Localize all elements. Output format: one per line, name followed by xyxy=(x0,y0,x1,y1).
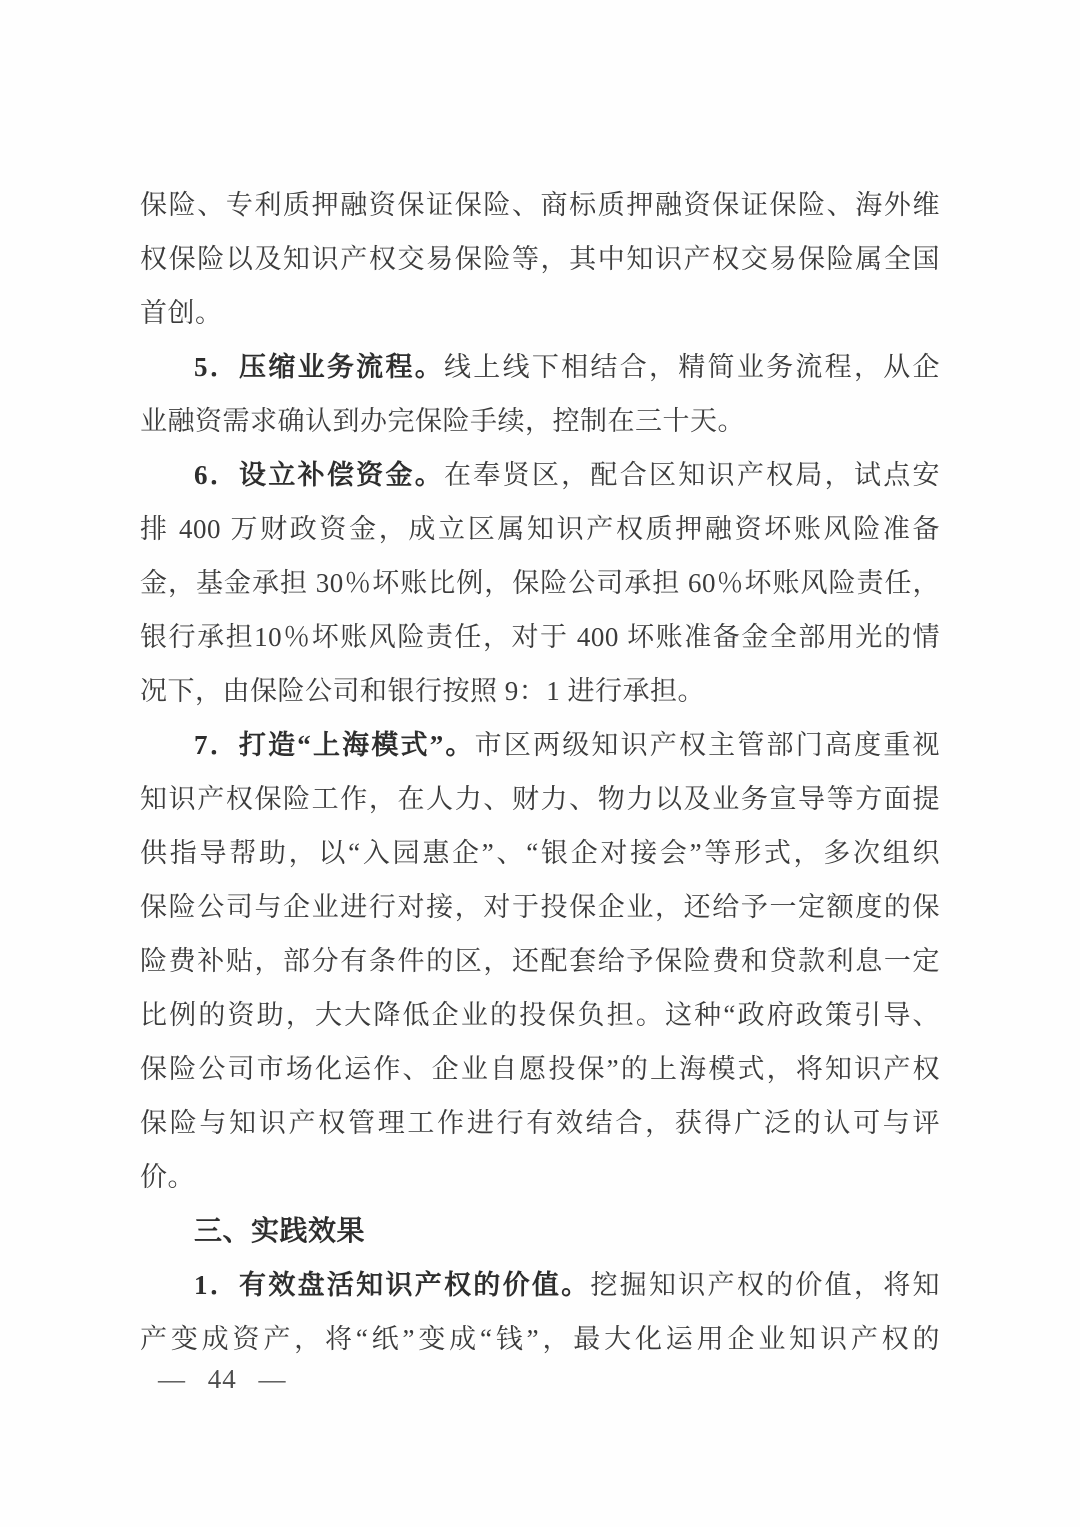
text-line: 6．设立补偿资金。在奉贤区，配合区知识产权局，试点安 xyxy=(140,448,940,502)
text-line: 供指导帮助，以“入园惠企”、“银企对接会”等形式，多次组织 xyxy=(140,826,940,880)
text-run: 保险与知识产权管理工作进行有效结合，获得广泛的认可与评 xyxy=(140,1108,940,1138)
text-line: 保险、专利质押融资保证保险、商标质押融资保证保险、海外维 xyxy=(140,178,940,232)
text-run: 价。 xyxy=(140,1162,195,1192)
text-run: 保险、专利质押融资保证保险、商标质押融资保证保险、海外维 xyxy=(140,190,940,220)
text-line: 保险公司与企业进行对接，对于投保企业，还给予一定额度的保 xyxy=(140,880,940,934)
text-run: 排 400 万财政资金，成立区属知识产权质押融资坏账风险准备 xyxy=(140,514,940,544)
text-line: 银行承担10％坏账风险责任，对于 400 坏账准备金全部用光的情 xyxy=(140,610,940,664)
section-heading: 三、实践效果 xyxy=(140,1204,940,1258)
page-number: — 44 — xyxy=(158,1352,287,1406)
text-line: 知识产权保险工作，在人力、财力、物力以及业务宣导等方面提 xyxy=(140,772,940,826)
text-line: 首创。 xyxy=(140,286,940,340)
text-run: 挖掘知识产权的价值，将知 xyxy=(590,1270,940,1300)
text-run: 在奉贤区，配合区知识产权局，试点安 xyxy=(444,460,940,490)
text-run: 银行承担10％坏账风险责任，对于 400 坏账准备金全部用光的情 xyxy=(140,622,940,652)
text-run: 金，基金承担 30％坏账比例，保险公司承担 60％坏账风险责任， xyxy=(140,568,940,598)
text-line: 保险公司市场化运作、企业自愿投保”的上海模式，将知识产权 xyxy=(140,1042,940,1096)
paragraph-lead: 5．压缩业务流程。 xyxy=(194,352,444,382)
text-line: 金，基金承担 30％坏账比例，保险公司承担 60％坏账风险责任， xyxy=(140,556,940,610)
text-line: 权保险以及知识产权交易保险等，其中知识产权交易保险属全国 xyxy=(140,232,940,286)
paragraph-lead: 7．打造“上海模式”。 xyxy=(194,730,475,760)
text-run: 况下，由保险公司和银行按照 9：1 进行承担。 xyxy=(140,676,705,706)
text-line: 1．有效盘活知识产权的价值。挖掘知识产权的价值，将知 xyxy=(140,1258,940,1312)
paragraph-lead: 三、实践效果 xyxy=(194,1215,365,1246)
text-line: 保险与知识产权管理工作进行有效结合，获得广泛的认可与评 xyxy=(140,1096,940,1150)
text-line: 况下，由保险公司和银行按照 9：1 进行承担。 xyxy=(140,664,940,718)
document-body: 保险、专利质押融资保证保险、商标质押融资保证保险、海外维权保险以及知识产权交易保… xyxy=(140,178,940,1366)
text-run: 业融资需求确认到办完保险手续，控制在三十天。 xyxy=(140,406,745,436)
text-line: 比例的资助，大大降低企业的投保负担。这种“政府政策引导、 xyxy=(140,988,940,1042)
text-run: 产变成资产，将“纸”变成“钱”，最大化运用企业知识产权的 xyxy=(140,1324,940,1354)
text-run: 供指导帮助，以“入园惠企”、“银企对接会”等形式，多次组织 xyxy=(140,838,940,868)
text-line: 价。 xyxy=(140,1150,940,1204)
text-run: 首创。 xyxy=(140,298,223,328)
text-run: 险费补贴，部分有条件的区，还配套给予保险费和贷款利息一定 xyxy=(140,946,940,976)
text-run: 保险公司与企业进行对接，对于投保企业，还给予一定额度的保 xyxy=(140,892,940,922)
text-run: 线上线下相结合，精简业务流程，从企 xyxy=(444,352,940,382)
text-run: 市区两级知识产权主管部门高度重视 xyxy=(475,730,940,760)
text-run: 权保险以及知识产权交易保险等，其中知识产权交易保险属全国 xyxy=(140,244,940,274)
text-run: 比例的资助，大大降低企业的投保负担。这种“政府政策引导、 xyxy=(140,1000,940,1030)
text-line: 7．打造“上海模式”。市区两级知识产权主管部门高度重视 xyxy=(140,718,940,772)
text-line: 排 400 万财政资金，成立区属知识产权质押融资坏账风险准备 xyxy=(140,502,940,556)
text-run: 知识产权保险工作，在人力、财力、物力以及业务宣导等方面提 xyxy=(140,784,940,814)
document-page: 保险、专利质押融资保证保险、商标质押融资保证保险、海外维权保险以及知识产权交易保… xyxy=(0,0,1080,1527)
text-line: 险费补贴，部分有条件的区，还配套给予保险费和贷款利息一定 xyxy=(140,934,940,988)
text-line: 业融资需求确认到办完保险手续，控制在三十天。 xyxy=(140,394,940,448)
paragraph-lead: 1．有效盘活知识产权的价值。 xyxy=(194,1270,590,1300)
text-line: 5．压缩业务流程。线上线下相结合，精简业务流程，从企 xyxy=(140,340,940,394)
text-run: 保险公司市场化运作、企业自愿投保”的上海模式，将知识产权 xyxy=(140,1054,940,1084)
paragraph-lead: 6．设立补偿资金。 xyxy=(194,460,444,490)
